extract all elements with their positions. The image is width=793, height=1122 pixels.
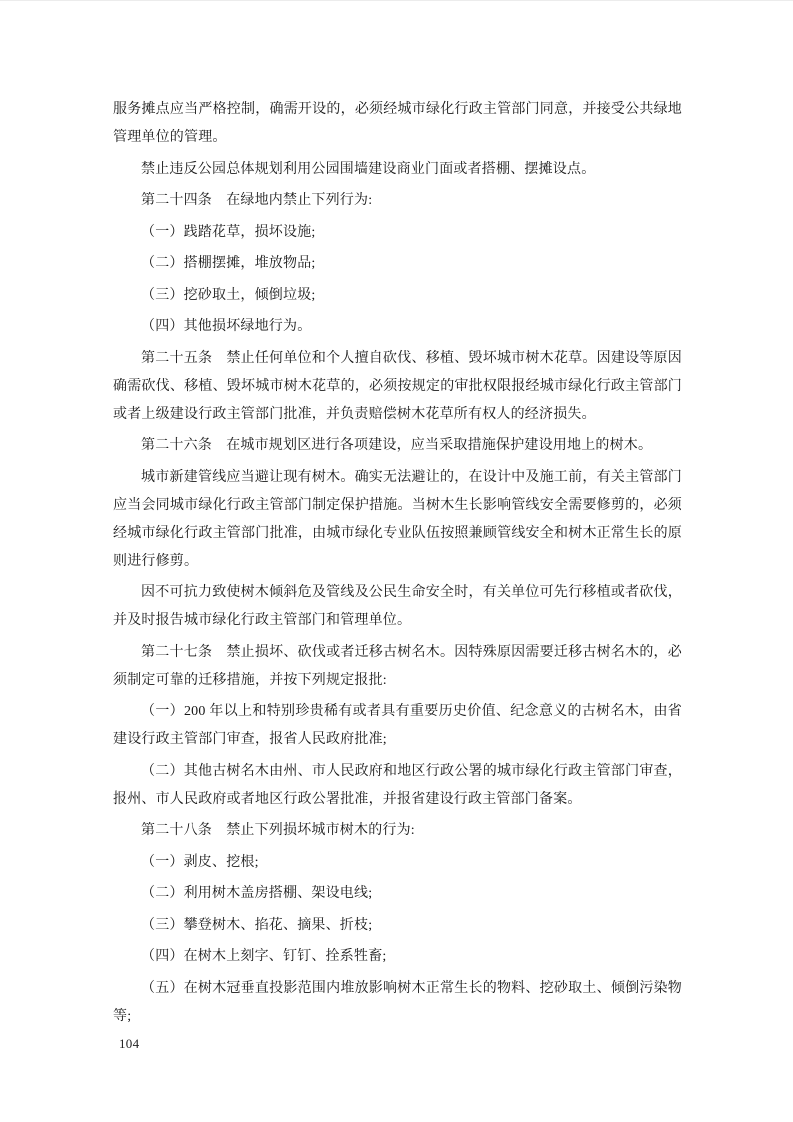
paragraph: 城市新建管线应当避让现有树木。确实无法避让的，在设计中及施工前，有关主管部门应当… <box>113 464 682 576</box>
paragraph: （二）搭棚摆摊，堆放物品; <box>113 250 682 278</box>
paragraph: 因不可抗力致使树木倾斜危及管线及公民生命安全时，有关单位可先行移植或者砍伐，并及… <box>113 579 682 635</box>
paragraph: 第二十八条 禁止下列损坏城市树木的行为: <box>113 817 682 845</box>
paragraph: （三）攀登树木、掐花、摘果、折枝; <box>113 912 682 940</box>
paragraph: （一）200 年以上和特别珍贵稀有或者具有重要历史价值、纪念意义的古树名木，由省… <box>113 698 682 754</box>
paragraph: （二）其他古树名木由州、市人民政府和地区行政公署的城市绿化行政主管部门审查，报州… <box>113 758 682 814</box>
paragraph: 禁止违反公园总体规划利用公园围墙建设商业门面或者搭棚、摆摊设点。 <box>113 156 682 184</box>
paragraph: （一）剥皮、挖根; <box>113 849 682 877</box>
paragraph: 第二十六条 在城市规划区进行各项建设，应当采取措施保护建设用地上的树木。 <box>113 432 682 460</box>
paragraph: （三）挖砂取土，倾倒垃圾; <box>113 282 682 310</box>
paragraph: （四）其他损坏绿地行为。 <box>113 313 682 341</box>
paragraph: （四）在树木上刻字、钉钉、拴系牲畜; <box>113 943 682 971</box>
document-body: 服务摊点应当严格控制，确需开设的，必须经城市绿化行政主管部门同意，并接受公共绿地… <box>113 96 682 1034</box>
paragraph: （五）在树木冠垂直投影范围内堆放影响树木正常生长的物料、挖砂取土、倾倒污染物等; <box>113 975 682 1031</box>
document-page: 服务摊点应当严格控制，确需开设的，必须经城市绿化行政主管部门同意，并接受公共绿地… <box>0 0 793 1122</box>
paragraph: 第二十四条 在绿地内禁止下列行为: <box>113 187 682 215</box>
paragraph: 第二十五条 禁止任何单位和个人擅自砍伐、移植、毁坏城市树木花草。因建设等原因确需… <box>113 345 682 429</box>
paragraph: 服务摊点应当严格控制，确需开设的，必须经城市绿化行政主管部门同意，并接受公共绿地… <box>113 96 682 152</box>
paragraph: 第二十七条 禁止损坏、砍伐或者迁移古树名木。因特殊原因需要迁移古树名木的，必须制… <box>113 639 682 695</box>
page-number: 104 <box>119 1035 139 1053</box>
paragraph: （二）利用树木盖房搭棚、架设电线; <box>113 880 682 908</box>
paragraph: （一）践踏花草，损坏设施; <box>113 219 682 247</box>
